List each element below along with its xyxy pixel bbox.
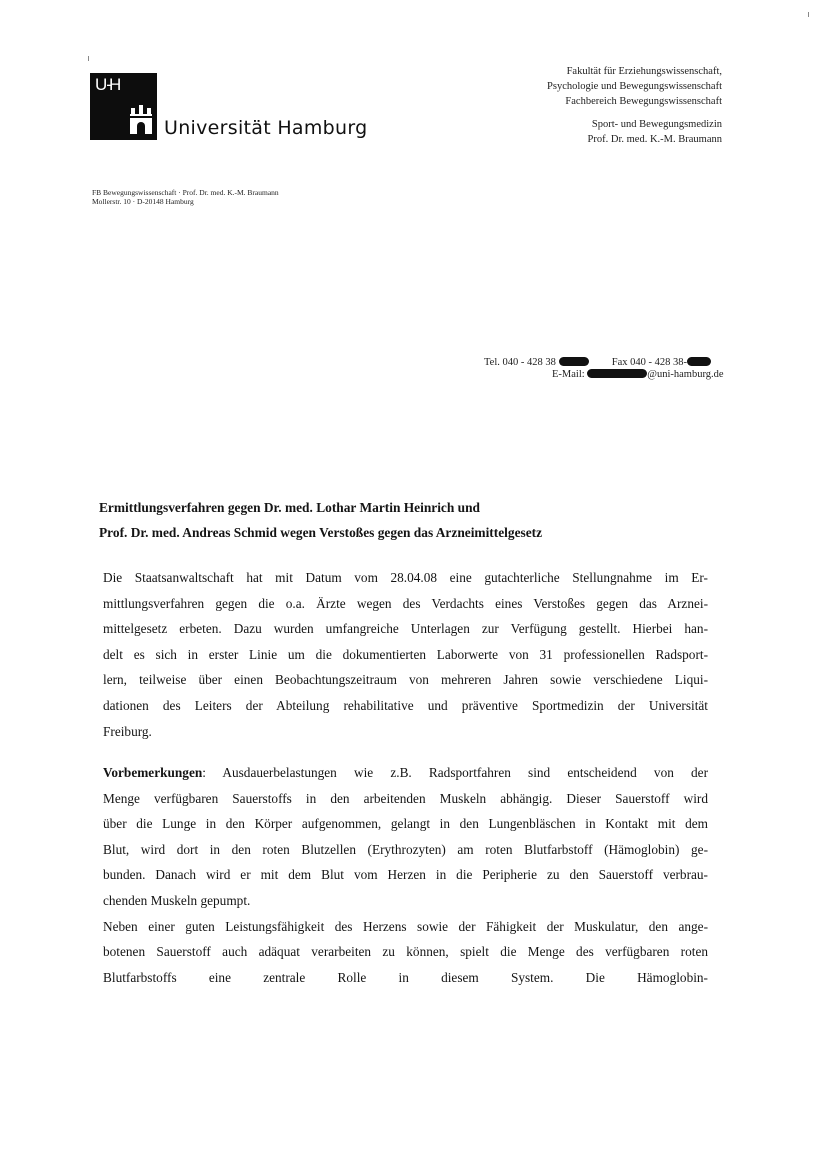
- sender-line: Mollerstr. 10 · D-20148 Hamburg: [92, 197, 279, 206]
- department-line: Psychologie und Bewegungswissenschaft: [547, 79, 722, 94]
- redaction-mark: [687, 357, 711, 366]
- text-line: chenden Muskeln gepumpt.: [103, 888, 708, 914]
- text-fragment: : Ausdauerbelastungen wie z.B. Radsportf…: [202, 765, 708, 780]
- text-line: botenen Sauerstoff auch adäquat verarbei…: [103, 939, 708, 965]
- division-line: Sport- und Bewegungsmedizin: [547, 117, 722, 132]
- text-line: lern, teilweise über einen Beobachtungsz…: [103, 667, 708, 693]
- text-line: über die Lunge in den Körper aufgenommen…: [103, 811, 708, 837]
- paragraph-intro: Die Staatsanwaltschaft hat mit Datum vom…: [103, 565, 708, 744]
- subject-heading: Ermittlungsverfahren gegen Dr. med. Loth…: [99, 495, 659, 545]
- department-block: Fakultät für Erziehungswissenschaft, Psy…: [547, 64, 722, 147]
- text-line: mittelgesetz erbeten. Dazu wurden umfang…: [103, 616, 708, 642]
- contact-block: Tel. 040 - 428 38 Fax 040 - 428 38- E-Ma…: [484, 357, 724, 381]
- text-line: delt es sich in erster Linie um die doku…: [103, 642, 708, 668]
- paragraph-preliminary-remarks: Vorbemerkungen: Ausdauerbelastungen wie …: [103, 760, 708, 990]
- subject-line: Ermittlungsverfahren gegen Dr. med. Loth…: [99, 495, 659, 520]
- tel-label: Tel. 040 - 428 38: [484, 357, 556, 368]
- university-name: Universität Hamburg: [164, 117, 368, 139]
- scan-artifact: [88, 56, 89, 61]
- subject-line: Prof. Dr. med. Andreas Schmid wegen Vers…: [99, 520, 659, 545]
- fax-label: Fax 040 - 428 38-: [612, 357, 687, 368]
- redaction-mark: [587, 369, 647, 378]
- text-line: Blutfarbstoffs eine zentrale Rolle in di…: [103, 965, 708, 991]
- section-lead: Vorbemerkungen: [103, 765, 202, 780]
- department-line: Fakultät für Erziehungswissenschaft,: [547, 64, 722, 79]
- text-line: Blut, wird dort in den roten Blutzellen …: [103, 837, 708, 863]
- division-line: Prof. Dr. med. K.-M. Braumann: [547, 132, 722, 147]
- logo-monogram: U-H: [95, 76, 120, 93]
- text-line: Die Staatsanwaltschaft hat mit Datum vom…: [103, 565, 708, 591]
- text-line: Freiburg.: [103, 719, 708, 745]
- text-line: dationen des Leiters der Abteilung rehab…: [103, 693, 708, 719]
- sender-line: FB Bewegungswissenschaft · Prof. Dr. med…: [92, 188, 279, 197]
- sender-address: FB Bewegungswissenschaft · Prof. Dr. med…: [92, 188, 279, 206]
- email-label: E-Mail:: [552, 369, 585, 380]
- text-line: Vorbemerkungen: Ausdauerbelastungen wie …: [103, 760, 708, 786]
- redaction-mark: [559, 357, 589, 366]
- text-line: bunden. Danach wird er mit dem Blut vom …: [103, 862, 708, 888]
- text-line: Neben einer guten Leistungsfähigkeit des…: [103, 914, 708, 940]
- text-line: mittlungsverfahren gegen die o.a. Ärzte …: [103, 591, 708, 617]
- department-line: Fachbereich Bewegungswissenschaft: [547, 94, 722, 109]
- email-domain: @uni-hamburg.de: [647, 369, 723, 380]
- text-line: Menge verfügbaren Sauerstoffs in den arb…: [103, 786, 708, 812]
- hamburg-castle-icon: [128, 104, 154, 134]
- scan-artifact: [808, 12, 809, 17]
